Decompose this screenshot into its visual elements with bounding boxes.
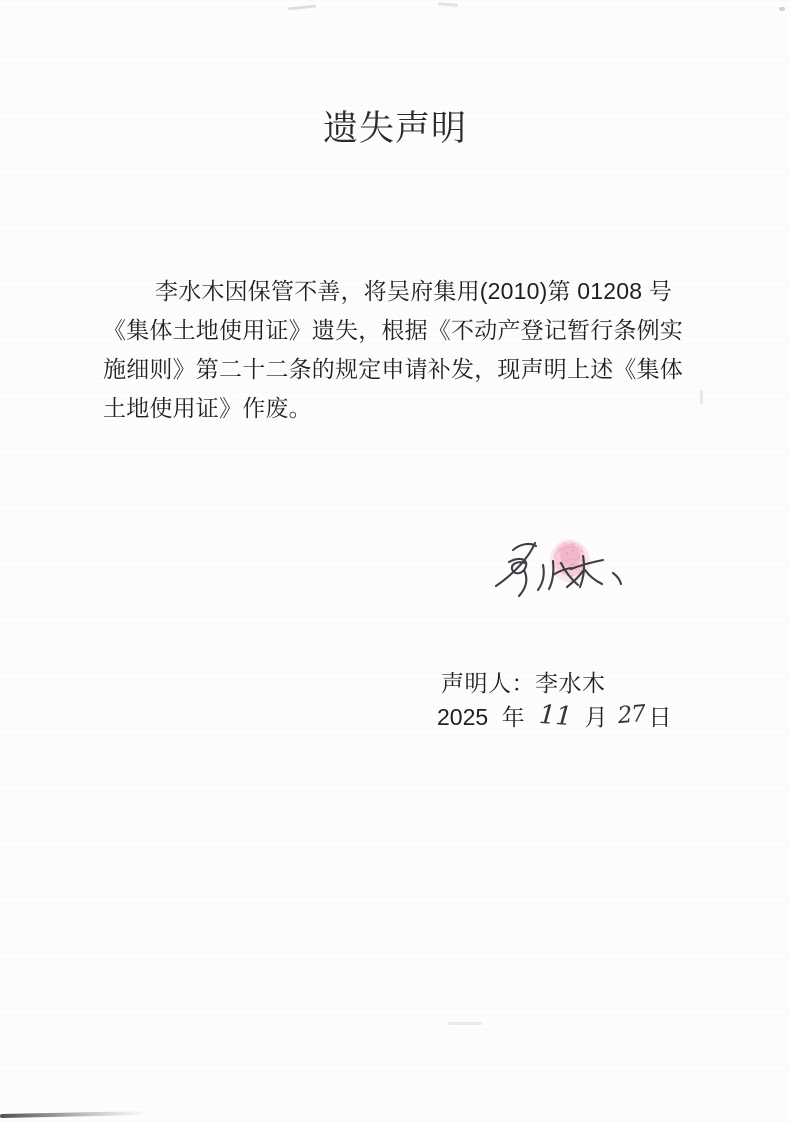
date-month-unit: 月 xyxy=(584,702,607,732)
date-year-unit: 年 xyxy=(502,702,525,732)
scan-noise xyxy=(448,1022,482,1025)
declaration-body: 李水木因保管不善，将吴府集用(2010)第 01208 号 《集体土地使用证》遗… xyxy=(103,272,703,428)
date-line: 2025 年 11 月 27 日 xyxy=(437,702,672,733)
scanned-declaration-page: 遗失声明 李水木因保管不善，将吴府集用(2010)第 01208 号 《集体土地… xyxy=(0,0,790,1122)
date-month-handwritten: 11 xyxy=(538,700,573,732)
signature-block xyxy=(483,523,651,621)
date-year: 2025 xyxy=(437,702,488,732)
body-line: 李水木因保管不善，将吴府集用(2010)第 01208 号 xyxy=(103,272,703,311)
scan-noise xyxy=(779,7,785,11)
body-line: 土地使用证》作废。 xyxy=(103,389,703,428)
document-title: 遗失声明 xyxy=(0,101,790,151)
scan-noise xyxy=(288,5,316,11)
body-line: 施细则》第二十二条的规定申请补发，现声明上述《集体 xyxy=(103,350,703,389)
scan-artifact-streak xyxy=(0,1111,158,1118)
body-line: 《集体土地使用证》遗失，根据《不动产登记暂行条例实 xyxy=(103,311,703,350)
scan-noise xyxy=(438,2,458,6)
declarant-line: 声明人：李水木 xyxy=(441,669,606,697)
date-day-handwritten: 27 xyxy=(616,699,646,731)
date-day-unit: 日 xyxy=(649,702,672,732)
